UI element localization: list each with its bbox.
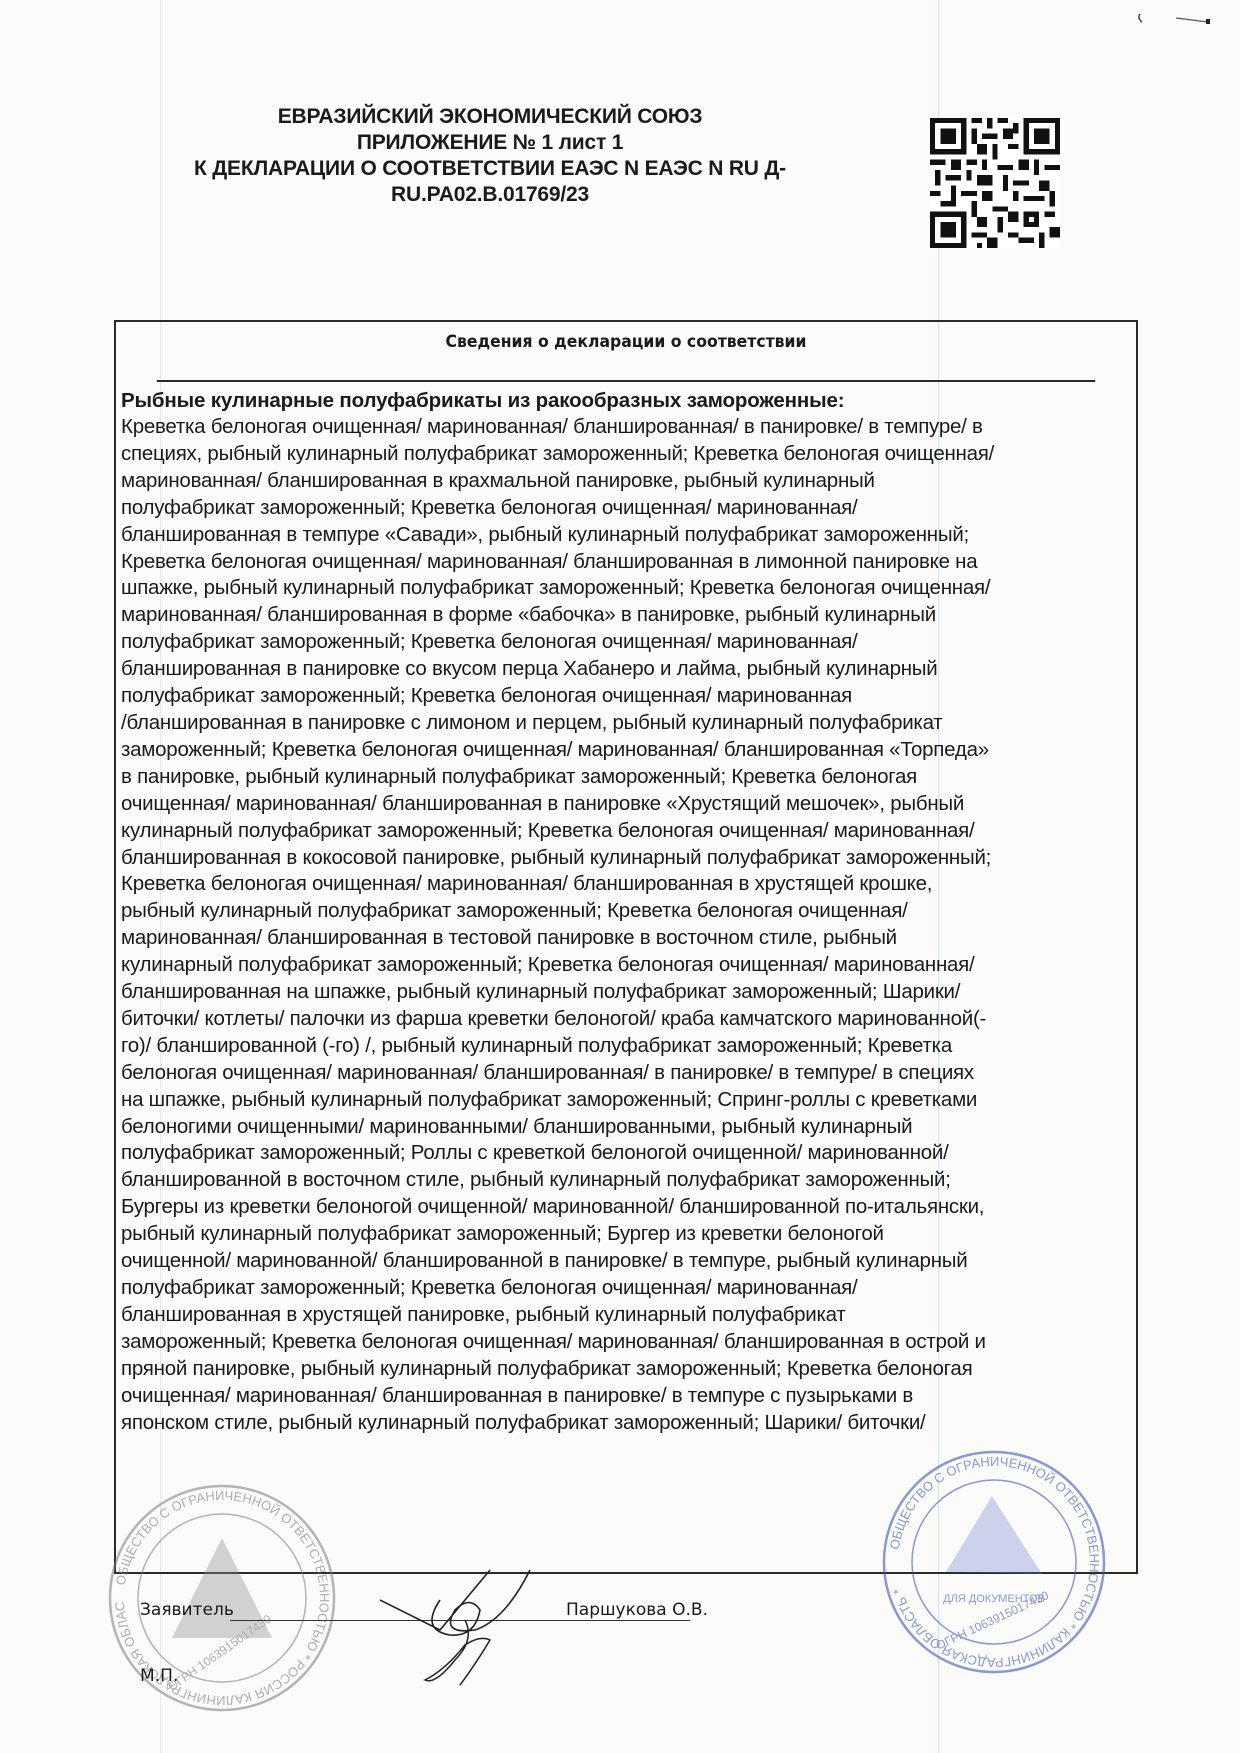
product-list-line: замороженный; Креветка белоногая очищенн… [121, 737, 1136, 764]
product-list-line: полуфабрикат замороженный; Креветка бело… [121, 683, 1136, 710]
product-list-line: Креветка белоногая очищенная/ маринованн… [121, 871, 1136, 898]
signature-line [230, 1620, 690, 1621]
product-list-line: маринованная/ бланшированная в тестовой … [121, 925, 1136, 952]
product-list-line: бланшированная в хрустящей панировке, ры… [121, 1302, 1136, 1329]
title-line-number: RU.PA02.B.01769/23 [140, 182, 840, 208]
product-list-line: полуфабрикат замороженный; Креветка бело… [121, 629, 1136, 656]
signer-name: Паршукова О.В. [566, 1600, 708, 1620]
product-list-line: полуфабрикат замороженный; Креветка бело… [121, 495, 1136, 522]
product-list-line: пряной панировке, рыбный кулинарный полу… [121, 1356, 1136, 1383]
title-line-union: ЕВРАЗИЙСКИЙ ЭКОНОМИЧЕСКИЙ СОЮЗ [140, 104, 840, 130]
product-list-line: кулинарный полуфабрикат замороженный; Кр… [121, 818, 1136, 845]
product-list-line: биточки/ котлеты/ палочки из фарша креве… [121, 1006, 1136, 1033]
title-line-appendix: ПРИЛОЖЕНИЕ № 1 лист 1 [140, 130, 840, 156]
table-header: Сведения о декларации о соответствии [157, 322, 1095, 382]
product-list-line: на шпажке, рыбный кулинарный полуфабрика… [121, 1087, 1136, 1114]
product-list-line: японском стиле, рыбный кулинарный полуфа… [121, 1410, 1136, 1437]
title-line-declaration: К ДЕКЛАРАЦИИ О СООТВЕТСТВИИ ЕАЭС N ЕАЭС … [140, 156, 840, 182]
product-list-line: рыбный кулинарный полуфабрикат заморожен… [121, 1221, 1136, 1248]
product-list-line: Бургеры из креветки белоногой очищенной/… [121, 1194, 1136, 1221]
product-list-line: го)/ бланшированной (-го) /, рыбный кули… [121, 1033, 1136, 1060]
qr-code-icon [930, 118, 1060, 248]
product-list-line: бланшированной в восточном стиле, рыбный… [121, 1167, 1136, 1194]
document-title: ЕВРАЗИЙСКИЙ ЭКОНОМИЧЕСКИЙ СОЮЗ ПРИЛОЖЕНИ… [140, 104, 840, 208]
product-list-line: полуфабрикат замороженный; Роллы с креве… [121, 1140, 1136, 1167]
svg-text:ДЛЯ ДОКУМЕНТОВ: ДЛЯ ДОКУМЕНТОВ [943, 1593, 1045, 1605]
product-list-line: очищенная/ маринованная/ бланшированная … [121, 1383, 1136, 1410]
product-list-line: белоногими очищенными/ маринованными/ бл… [121, 1114, 1136, 1141]
product-group-heading: Рыбные кулинарные полуфабрикаты из ракоо… [121, 388, 1136, 414]
applicant-signature-row: Заявитель Паршукова О.В. [140, 1600, 840, 1630]
seal-place-label: М.П. [140, 1666, 178, 1686]
product-list-line: маринованная/ бланшированная в крахмальн… [121, 468, 1136, 495]
product-list-line: кулинарный полуфабрикат замороженный; Кр… [121, 952, 1136, 979]
product-list-line: бланшированная в панировке со вкусом пер… [121, 656, 1136, 683]
product-list-line: очищенной/ маринованной/ бланшированной … [121, 1248, 1136, 1275]
declaration-info-table: Сведения о декларации о соответствии Рыб… [114, 320, 1138, 1574]
product-list-line: полуфабрикат замороженный; Креветка бело… [121, 1275, 1136, 1302]
product-list-line: маринованная/ бланшированная в форме «ба… [121, 602, 1136, 629]
applicant-label: Заявитель [140, 1600, 234, 1620]
product-list-text: Креветка белоногая очищенная/ маринованн… [121, 414, 1136, 1436]
corner-scan-mark [1138, 12, 1218, 26]
product-list-line: замороженный; Креветка белоногая очищенн… [121, 1329, 1136, 1356]
product-list-line: бланшированная в темпуре «Савади», рыбны… [121, 522, 1136, 549]
product-list-line: шпажке, рыбный кулинарный полуфабрикат з… [121, 575, 1136, 602]
product-list-line: /бланшированная в панировке с лимоном и … [121, 710, 1136, 737]
product-list-line: специях, рыбный кулинарный полуфабрикат … [121, 441, 1136, 468]
product-list-line: бланшированная на шпажке, рыбный кулинар… [121, 979, 1136, 1006]
product-list-line: белоногая очищенная/ маринованная/ бланш… [121, 1060, 1136, 1087]
product-list-line: Креветка белоногая очищенная/ маринованн… [121, 549, 1136, 576]
product-list-line: рыбный кулинарный полуфабрикат заморожен… [121, 898, 1136, 925]
svg-text:ОГРН 1063915017430: ОГРН 1063915017430 [934, 1588, 1051, 1653]
table-body: Рыбные кулинарные полуфабрикаты из ракоо… [116, 382, 1136, 1436]
product-list-line: очищенная/ маринованная/ бланшированная … [121, 791, 1136, 818]
product-list-line: Креветка белоногая очищенная/ маринованн… [121, 414, 1136, 441]
product-list-line: в панировке, рыбный кулинарный полуфабри… [121, 764, 1136, 791]
product-list-line: бланшированная в кокосовой панировке, ры… [121, 845, 1136, 872]
